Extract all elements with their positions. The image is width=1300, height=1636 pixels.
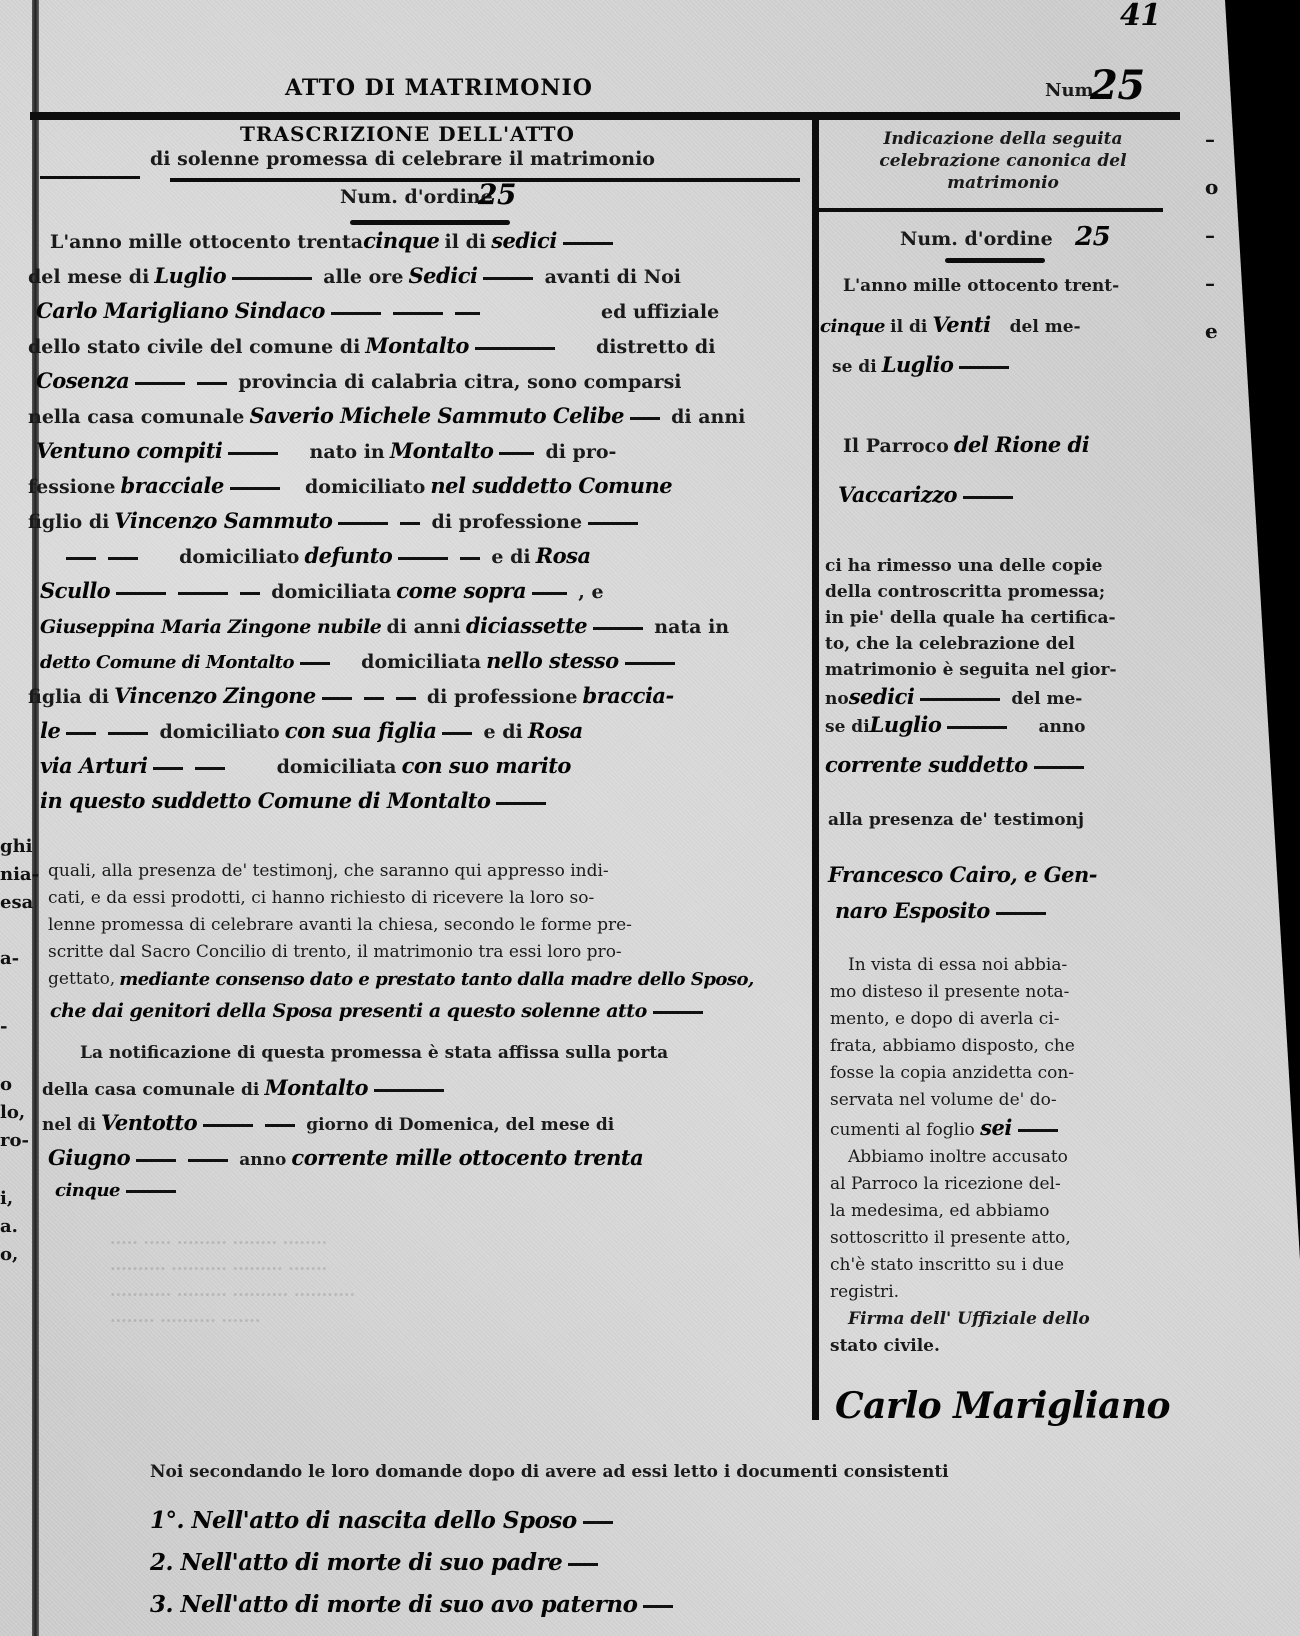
left-order-label: Num. d'ordine: [340, 186, 493, 208]
left-order-underline: [350, 220, 510, 225]
right-margin-marks: –o––e: [1205, 115, 1218, 355]
testimoni-names-line2: naro Esposito: [835, 898, 1052, 923]
form-line-16: via Arturi domiciliata con suo marito: [40, 753, 820, 778]
right-anno-line: corrente suddetto: [825, 752, 1090, 777]
form-line-14: figlia di Vincenzo Zingone di profession…: [28, 683, 808, 708]
right-closing-paragraph: In vista di essa noi abbia- mo disteso i…: [830, 952, 1090, 1360]
form-line-13: detto Comune di Montalto domiciliata nel…: [40, 648, 820, 673]
left-order-value: 25: [478, 178, 516, 211]
testimoni-names-line1: Francesco Cairo, e Gen-: [828, 862, 1097, 887]
footer-document-list: 1°. Nell'atto di nascita dello Sposo 2. …: [150, 1500, 679, 1626]
form-line-12: Giuseppina Maria Zingone nubile di anni …: [40, 613, 820, 638]
form-line-6: nella casa comunale Saverio Michele Samm…: [28, 403, 808, 428]
left-heading-rule-a: [40, 176, 140, 179]
right-year-line3: se di Luglio: [832, 352, 1015, 377]
notification-line2: della casa comunale di Montalto: [42, 1075, 450, 1100]
form-line-15: le domiciliato con sua figlia e di Rosa: [40, 718, 820, 743]
parroco-rione: Vaccarizzo: [838, 482, 1019, 507]
notification-line5: cinque: [55, 1180, 182, 1201]
officer-signature: Carlo Marigliano: [835, 1385, 1170, 1427]
right-giorno-line: nosedici del me-: [825, 684, 1082, 709]
form-line-5: Cosenza provincia di calabria citra, son…: [36, 368, 816, 393]
page-binding-edge: [32, 0, 39, 1636]
notification-line1: La notificazione di questa promessa è st…: [80, 1043, 668, 1063]
left-heading-line2: di solenne promessa di celebrare il matr…: [150, 148, 655, 170]
promise-handwritten-continuation: che dai genitori della Sposa presenti a …: [50, 1000, 709, 1022]
left-margin-fragments: ghi nia- esa a- - o lo, ro- i, a. o,: [0, 833, 39, 1269]
form-line-7: Ventuno compiti nato in Montalto di pro-: [36, 438, 816, 463]
footer-item-3: 3. Nell'atto di morte di suo avo paterno: [150, 1584, 679, 1626]
form-line-4: dello stato civile del comune di Montalt…: [28, 333, 808, 358]
form-line-2: del mese di Luglio alle ore Sedici avant…: [28, 263, 808, 288]
form-line-9: figlio di Vincenzo Sammuto di profession…: [28, 508, 808, 533]
show-through-text: ····· ····· ········· ········ ········ …: [110, 1230, 355, 1334]
notification-line3: nel di Ventotto giorno di Domenica, del …: [42, 1110, 614, 1135]
promise-paragraph: quali, alla presenza de' testimonj, che …: [48, 858, 754, 993]
form-line-3: Carlo Marigliano Sindaco ed uffiziale: [36, 298, 816, 323]
right-order-value: 25: [1075, 222, 1110, 252]
top-rule: [30, 112, 1180, 120]
form-line-1: L'anno mille ottocento trentacinque il d…: [50, 228, 810, 253]
form-line-11: Scullo domiciliata come sopra , e: [40, 578, 820, 603]
right-body-paragraph: ci ha rimesso una delle copie della cont…: [825, 553, 1117, 683]
scanned-document-page: 41 ATTO DI MATRIMONIO Num. 25 TRASCRIZIO…: [0, 0, 1300, 1636]
form-line-17: in questo suddetto Comune di Montalto: [40, 788, 820, 813]
footer-item-1: 1°. Nell'atto di nascita dello Sposo: [150, 1500, 679, 1542]
document-title: ATTO DI MATRIMONIO: [285, 75, 593, 101]
corner-page-number: 41: [1120, 0, 1161, 33]
footer-item-2: 2. Nell'atto di morte di suo padre: [150, 1542, 679, 1584]
right-mese-line: se diLuglio anno: [825, 712, 1086, 737]
testimoni-label: alla presenza de' testimonj: [828, 810, 1084, 830]
right-heading: Indicazione della seguita celebrazione c…: [838, 128, 1168, 194]
right-year-line1: L'anno mille ottocento trent-: [843, 276, 1119, 296]
right-order-underline: [945, 258, 1045, 263]
notification-line4: Giugno anno corrente mille ottocento tre…: [48, 1145, 643, 1170]
right-heading-rule: [818, 208, 1163, 212]
form-line-10: domiciliato defunto e di Rosa: [60, 543, 820, 568]
footer-statement: Noi secondando le loro domande dopo di a…: [150, 1462, 949, 1482]
parroco-line: Il Parroco del Rione di: [843, 432, 1089, 457]
right-year-line2: cinque il di Venti del me-: [820, 312, 1081, 337]
left-heading-line1: TRASCRIZIONE DELL'ATTO: [240, 122, 575, 146]
form-line-8: fessione bracciale domiciliato nel sudde…: [28, 473, 808, 498]
right-order-label: Num. d'ordine: [900, 228, 1053, 250]
record-number-value: 25: [1090, 62, 1145, 109]
